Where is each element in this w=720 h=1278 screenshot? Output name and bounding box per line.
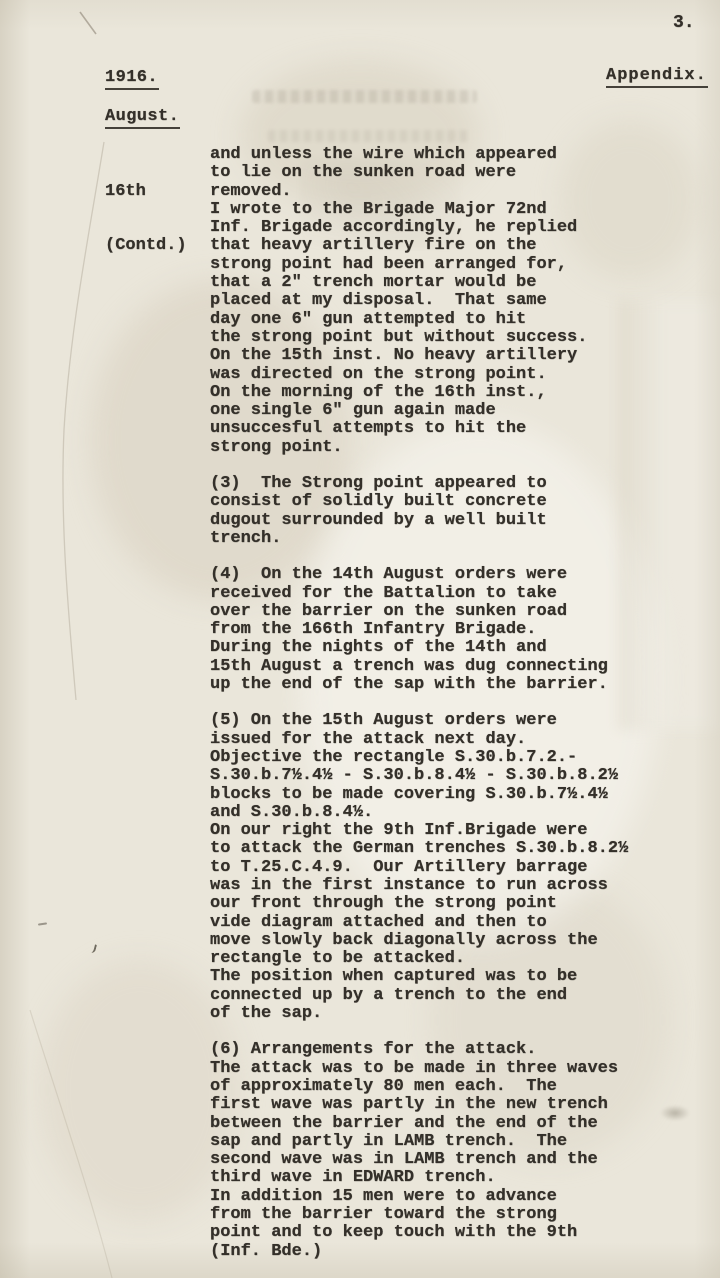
paragraph-4: (4) On the 14th August orders were recei… [210, 566, 690, 694]
paragraph-5: (5) On the 15th August orders were issue… [210, 712, 690, 1023]
stray-ink-mark [89, 943, 97, 953]
margin-note-contd: (Contd.) [105, 237, 187, 255]
paragraph-6: (6) Arrangements for the attack. The att… [210, 1041, 690, 1261]
month-heading: August. [105, 108, 180, 129]
year-heading: 1916. [105, 69, 159, 90]
page-number: 3. [673, 14, 695, 32]
diary-text-column: and unless the wire which appeared to li… [210, 146, 690, 1278]
stray-ink-mark [38, 922, 47, 925]
appendix-heading: Appendix. [606, 67, 708, 88]
paragraph-3: (3) The Strong point appeared to consist… [210, 475, 690, 548]
scanned-diary-page: 3. 1916. Appendix. August. 16th (Contd.)… [0, 0, 720, 1278]
margin-note-day: 16th [105, 183, 187, 201]
paragraph-continuation: and unless the wire which appeared to li… [210, 146, 690, 457]
ink-bleedthrough [268, 130, 468, 142]
margin-note: 16th (Contd.) [105, 146, 187, 292]
ink-bleedthrough [252, 90, 477, 103]
